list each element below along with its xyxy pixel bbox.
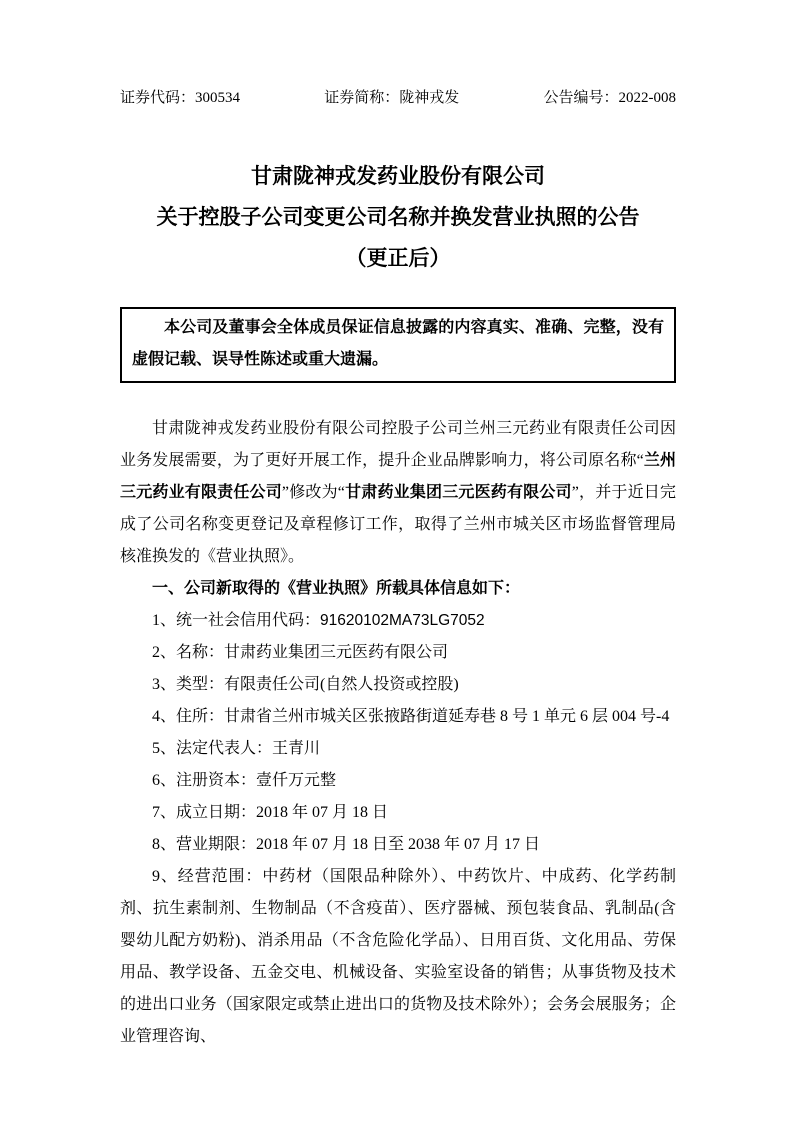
item-label: 6、注册资本： (152, 772, 256, 789)
item-label: 2、名称： (152, 644, 224, 661)
item-value: 壹仟万元整 (256, 772, 336, 789)
license-item-name: 2、名称：甘肃药业集团三元医药有限公司 (120, 637, 676, 669)
item-label: 7、成立日期： (152, 804, 256, 821)
license-item-establish-date: 7、成立日期：2018 年 07 月 18 日 (120, 797, 676, 829)
new-company-name: 甘肃药业集团三元医药有限公司 (345, 484, 572, 501)
item-value: 王青川 (272, 740, 320, 757)
document-header: 证券代码：300534 证券简称：陇神戎发 公告编号：2022-008 (120, 88, 676, 108)
section-heading: 一、公司新取得的《营业执照》所载具体信息如下： (120, 573, 676, 605)
item-value: 有限责任公司(自然人投资或控股) (224, 676, 459, 693)
item-label: 5、法定代表人： (152, 740, 272, 757)
securities-abbr: 证券简称：陇神戎发 (324, 88, 459, 108)
license-item-legal-rep: 5、法定代表人：王青川 (120, 733, 676, 765)
intro-paragraph: 甘肃陇神戎发药业股份有限公司控股子公司兰州三元药业有限责任公司因业务发展需要，为… (120, 413, 676, 573)
item-value: 2018 年 07 月 18 日 (256, 804, 388, 821)
license-item-credit-code: 1、统一社会信用代码：91620102MA73LG7052 (120, 605, 676, 637)
announcement-title: 关于控股子公司变更公司名称并换发营业执照的公告 (120, 197, 676, 238)
securities-code: 证券代码：300534 (120, 88, 240, 108)
license-item-address: 4、住所：甘肃省兰州市城关区张掖路街道延寿巷 8 号 1 单元 6 层 004 … (120, 701, 676, 733)
item-value: 甘肃药业集团三元医药有限公司 (224, 644, 448, 661)
item-label: 1、统一社会信用代码： (152, 612, 320, 629)
intro-text-2: ”修改为“ (282, 484, 345, 501)
item-label: 8、营业期限： (152, 836, 256, 853)
announcement-number: 公告编号：2022-008 (544, 88, 677, 108)
document-body: 甘肃陇神戎发药业股份有限公司控股子公司兰州三元药业有限责任公司因业务发展需要，为… (120, 413, 676, 1053)
disclosure-notice-box: 本公司及董事会全体成员保证信息披露的内容真实、准确、完整，没有虚假记载、误导性陈… (120, 307, 676, 383)
intro-text-1: 甘肃陇神戎发药业股份有限公司控股子公司兰州三元药业有限责任公司因业务发展需要，为… (120, 420, 676, 469)
title-block: 甘肃陇神戎发药业股份有限公司 关于控股子公司变更公司名称并换发营业执照的公告 （… (120, 156, 676, 279)
company-name-title: 甘肃陇神戎发药业股份有限公司 (120, 156, 676, 197)
license-item-business-scope: 9、经营范围：中药材（国限品种除外）、中药饮片、中成药、化学药制剂、抗生素制剂、… (120, 861, 676, 1053)
license-item-business-term: 8、营业期限：2018 年 07 月 18 日至 2038 年 07 月 17 … (120, 829, 676, 861)
item-value: 甘肃省兰州市城关区张掖路街道延寿巷 8 号 1 单元 6 层 004 号-4 (224, 708, 669, 725)
item-label: 4、住所： (152, 708, 224, 725)
revision-note: （更正后） (120, 238, 676, 279)
document-page: 证券代码：300534 证券简称：陇神戎发 公告编号：2022-008 甘肃陇神… (0, 0, 793, 1122)
license-item-type: 3、类型：有限责任公司(自然人投资或控股) (120, 669, 676, 701)
item-value: 91620102MA73LG7052 (320, 612, 485, 629)
license-item-registered-capital: 6、注册资本：壹仟万元整 (120, 765, 676, 797)
item-label: 3、类型： (152, 676, 224, 693)
disclosure-notice-text: 本公司及董事会全体成员保证信息披露的内容真实、准确、完整，没有虚假记载、误导性陈… (132, 312, 664, 376)
item-value: 2018 年 07 月 18 日至 2038 年 07 月 17 日 (256, 836, 540, 853)
